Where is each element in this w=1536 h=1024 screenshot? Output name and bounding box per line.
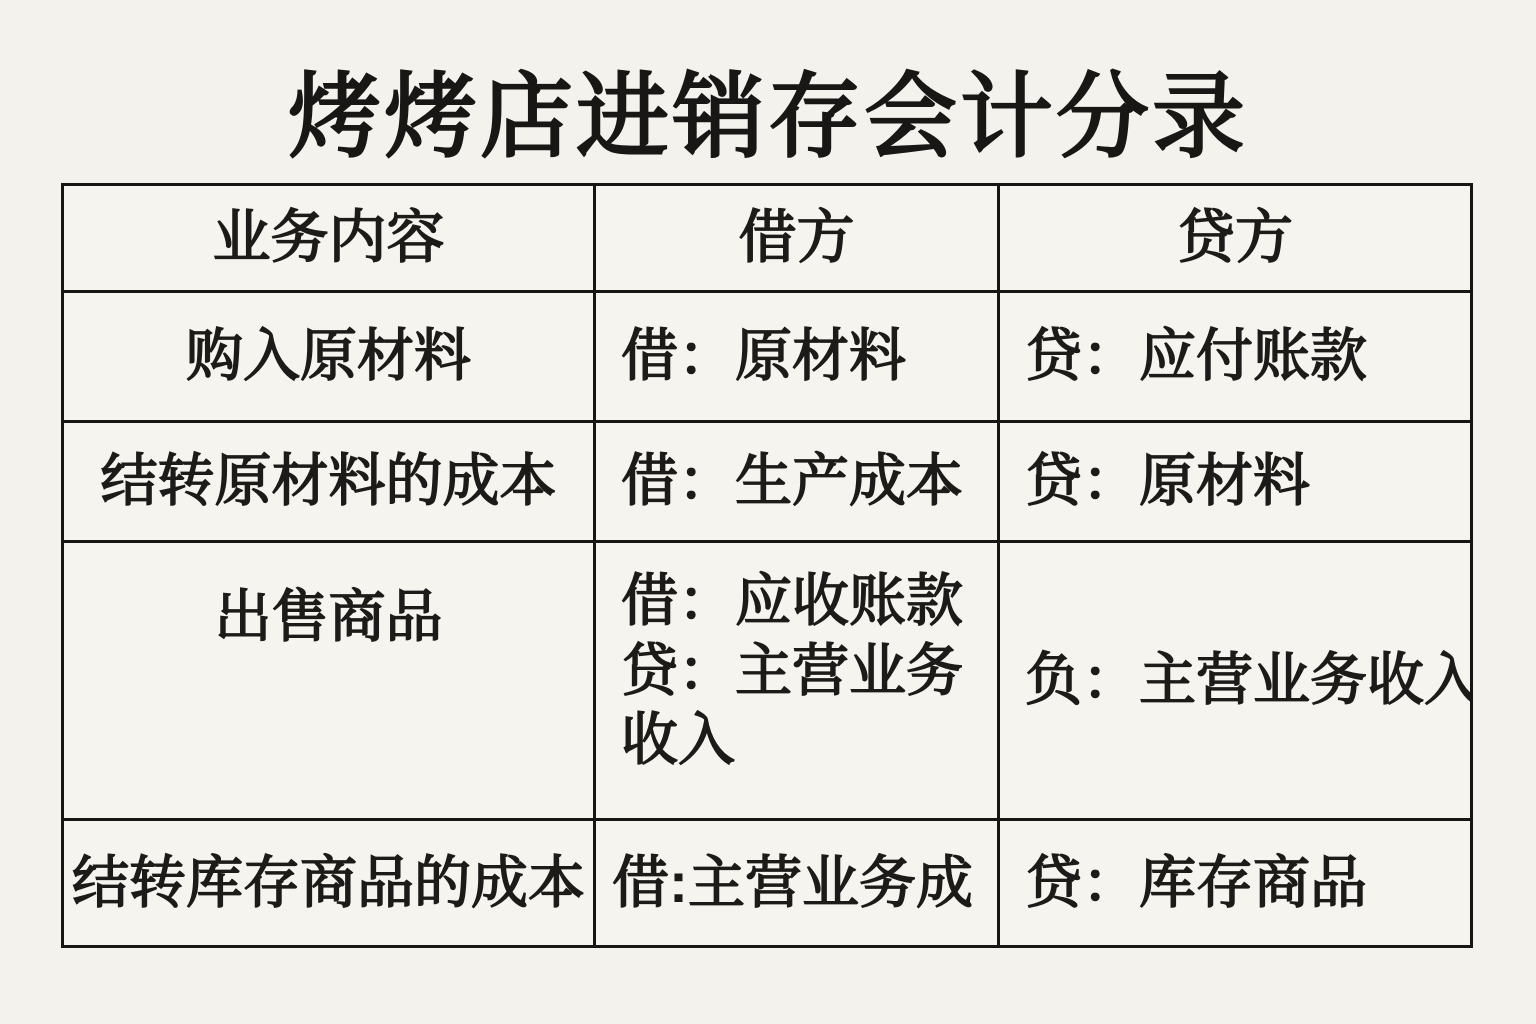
- accounting-entries-table: 业务内容 借方 贷方 购入原材料 借：原材料 贷：应付账款 结转原材料的成本 借…: [61, 183, 1473, 948]
- page-title: 烤烤店进销存会计分录: [0, 42, 1536, 176]
- credit-cell: 贷：原材料: [1000, 423, 1470, 543]
- page: 烤烤店进销存会计分录 业务内容 借方 贷方 购入原材料 借：原材料 贷：应付账款…: [0, 0, 1536, 1024]
- business-cell: 结转原材料的成本: [64, 423, 596, 543]
- business-cell: 出售商品: [64, 543, 596, 821]
- debit-cell: 借：原材料: [596, 293, 1000, 423]
- credit-entry-line: 贷：主营业务收入: [621, 637, 997, 776]
- credit-cell: 贷：库存商品: [1000, 821, 1470, 945]
- credit-cell: 负：主营业务收入: [1000, 543, 1470, 821]
- header-debit: 借方: [596, 186, 1000, 293]
- business-cell: 购入原材料: [64, 293, 596, 423]
- header-credit: 贷方: [1000, 186, 1470, 293]
- business-cell: 结转库存商品的成本: [64, 821, 596, 945]
- header-business-content: 业务内容: [64, 186, 596, 293]
- debit-entry-line: 借：应收账款: [621, 567, 963, 637]
- debit-cell: 借：生产成本: [596, 423, 1000, 543]
- debit-cell: 借：应收账款 贷：主营业务收入: [596, 543, 1000, 821]
- debit-cell: 借:主营业务成: [596, 821, 1000, 945]
- credit-cell: 贷：应付账款: [1000, 293, 1470, 423]
